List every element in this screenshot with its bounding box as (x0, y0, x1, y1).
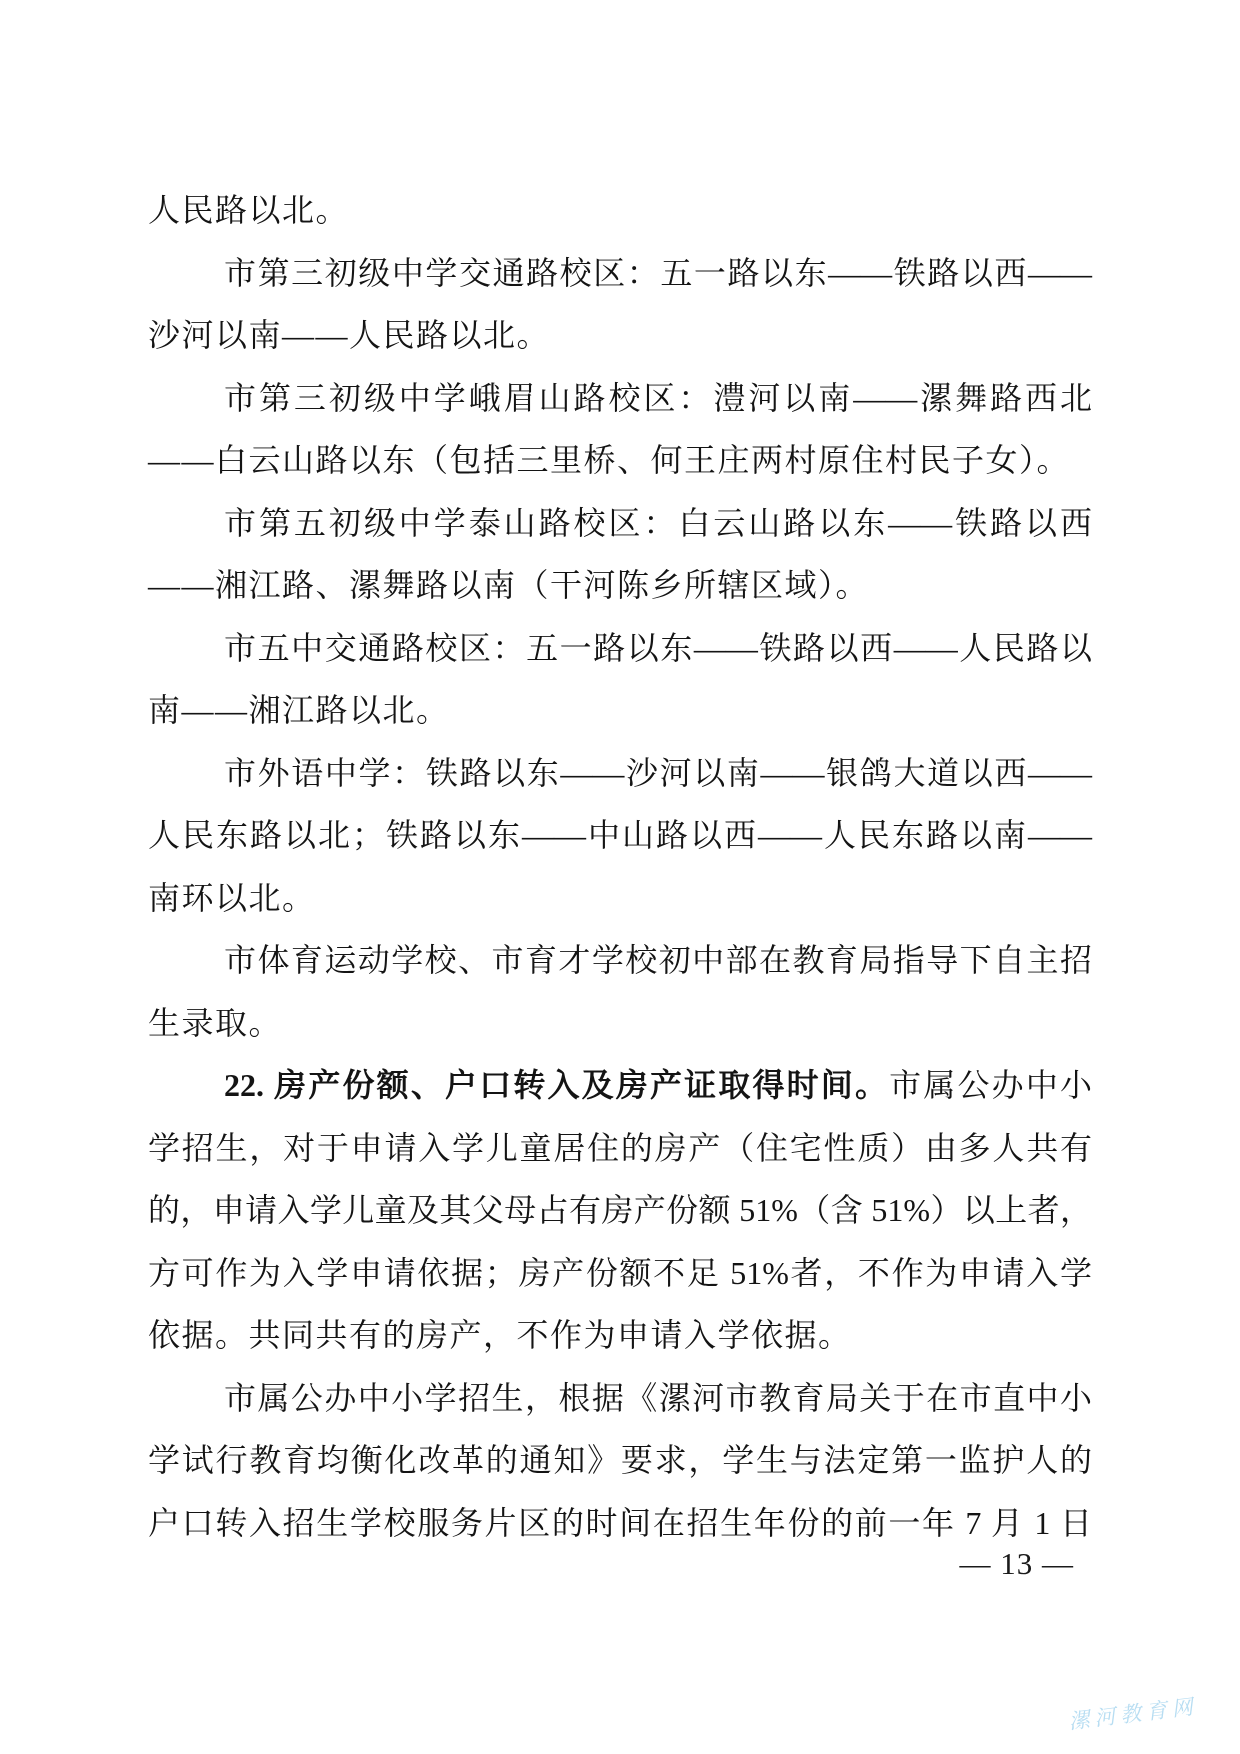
line-text: 户口转入招生学校服务片区的时间在招生年份的前一年 7 月 1 日 (148, 1505, 1092, 1541)
text-line: 学试行教育均衡化改革的通知》要求，学生与法定第一监护人的 (148, 1429, 1092, 1492)
text-line: 沙河以南——人民路以北。 (148, 304, 1092, 367)
line-text: 南——湘江路以北。 (148, 692, 450, 728)
line-text: 依据。共同共有的房产，不作为申请入学依据。 (148, 1317, 852, 1353)
line-text: 人民东路以北；铁路以东——中山路以西——人民东路以南—— (148, 817, 1092, 853)
text-line: 市外语中学：铁路以东——沙河以南——银鸽大道以西—— (148, 742, 1092, 805)
text-line: 南环以北。 (148, 867, 1092, 930)
text-line: 市属公办中小学招生，根据《漯河市教育局关于在市直中小 (148, 1367, 1092, 1430)
text-line: 户口转入招生学校服务片区的时间在招生年份的前一年 7 月 1 日 (148, 1492, 1092, 1555)
text-line: 市第三初级中学峨眉山路校区：澧河以南——漯舞路西北 (148, 367, 1092, 430)
text-line: ——白云山路以东（包括三里桥、何王庄两村原住村民子女）。 (148, 429, 1092, 492)
text-line: 市第五初级中学泰山路校区：白云山路以东——铁路以西 (148, 492, 1092, 555)
line-text: 市第三初级中学峨眉山路校区：澧河以南——漯舞路西北 (224, 380, 1092, 416)
line-text: 市外语中学：铁路以东——沙河以南——银鸽大道以西—— (224, 755, 1092, 791)
line-text: ——湘江路、漯舞路以南（干河陈乡所辖区域）。 (148, 567, 869, 603)
line-text: 的，申请入学儿童及其父母占有房产份额 51%（含 51%）以上者， (148, 1192, 1092, 1228)
line-text: 市第三初级中学交通路校区：五一路以东——铁路以西—— (224, 255, 1092, 291)
text-line: 学招生，对于申请入学儿童居住的房产（住宅性质）由多人共有 (148, 1117, 1092, 1180)
line-text: 生录取。 (148, 1005, 282, 1041)
text-line: 的，申请入学儿童及其父母占有房产份额 51%（含 51%）以上者， (148, 1179, 1092, 1242)
line-text: 南环以北。 (148, 880, 316, 916)
line-text: ——白云山路以东（包括三里桥、何王庄两村原住村民子女）。 (148, 442, 1070, 478)
text-line: 人民路以北。 (148, 179, 1092, 242)
text-line: 南——湘江路以北。 (148, 679, 1092, 742)
line-text: 学招生，对于申请入学儿童居住的房产（住宅性质）由多人共有 (148, 1130, 1092, 1166)
text-line: ——湘江路、漯舞路以南（干河陈乡所辖区域）。 (148, 554, 1092, 617)
line-text: 市第五初级中学泰山路校区：白云山路以东——铁路以西 (224, 505, 1092, 541)
line-text: 市五中交通路校区：五一路以东——铁路以西——人民路以 (224, 630, 1092, 666)
line-text: 市属公办中小学招生，根据《漯河市教育局关于在市直中小 (224, 1380, 1092, 1416)
line-text: 市体育运动学校、市育才学校初中部在教育局指导下自主招 (224, 942, 1092, 978)
document-page: 人民路以北。市第三初级中学交通路校区：五一路以东——铁路以西——沙河以南——人民… (0, 0, 1240, 1754)
watermark: 漯河教育网 (1067, 1690, 1200, 1736)
page-number: — 13 — (960, 1546, 1075, 1582)
text-line: 依据。共同共有的房产，不作为申请入学依据。 (148, 1304, 1092, 1367)
line-text: 市属公办中小 (889, 1067, 1092, 1103)
section-heading-bold: 22. 房产份额、户口转入及房产证取得时间。 (224, 1067, 889, 1103)
text-line: 市体育运动学校、市育才学校初中部在教育局指导下自主招 (148, 929, 1092, 992)
line-text: 方可作为入学申请依据；房产份额不足 51%者，不作为申请入学 (148, 1255, 1092, 1291)
text-line: 22. 房产份额、户口转入及房产证取得时间。市属公办中小 (148, 1054, 1092, 1117)
text-line: 方可作为入学申请依据；房产份额不足 51%者，不作为申请入学 (148, 1242, 1092, 1305)
text-line: 生录取。 (148, 992, 1092, 1055)
line-text: 学试行教育均衡化改革的通知》要求，学生与法定第一监护人的 (148, 1442, 1092, 1478)
line-text: 人民路以北。 (148, 192, 349, 228)
text-line: 市五中交通路校区：五一路以东——铁路以西——人民路以 (148, 617, 1092, 680)
document-body: 人民路以北。市第三初级中学交通路校区：五一路以东——铁路以西——沙河以南——人民… (148, 179, 1092, 1554)
text-line: 人民东路以北；铁路以东——中山路以西——人民东路以南—— (148, 804, 1092, 867)
line-text: 沙河以南——人民路以北。 (148, 317, 550, 353)
text-line: 市第三初级中学交通路校区：五一路以东——铁路以西—— (148, 242, 1092, 305)
